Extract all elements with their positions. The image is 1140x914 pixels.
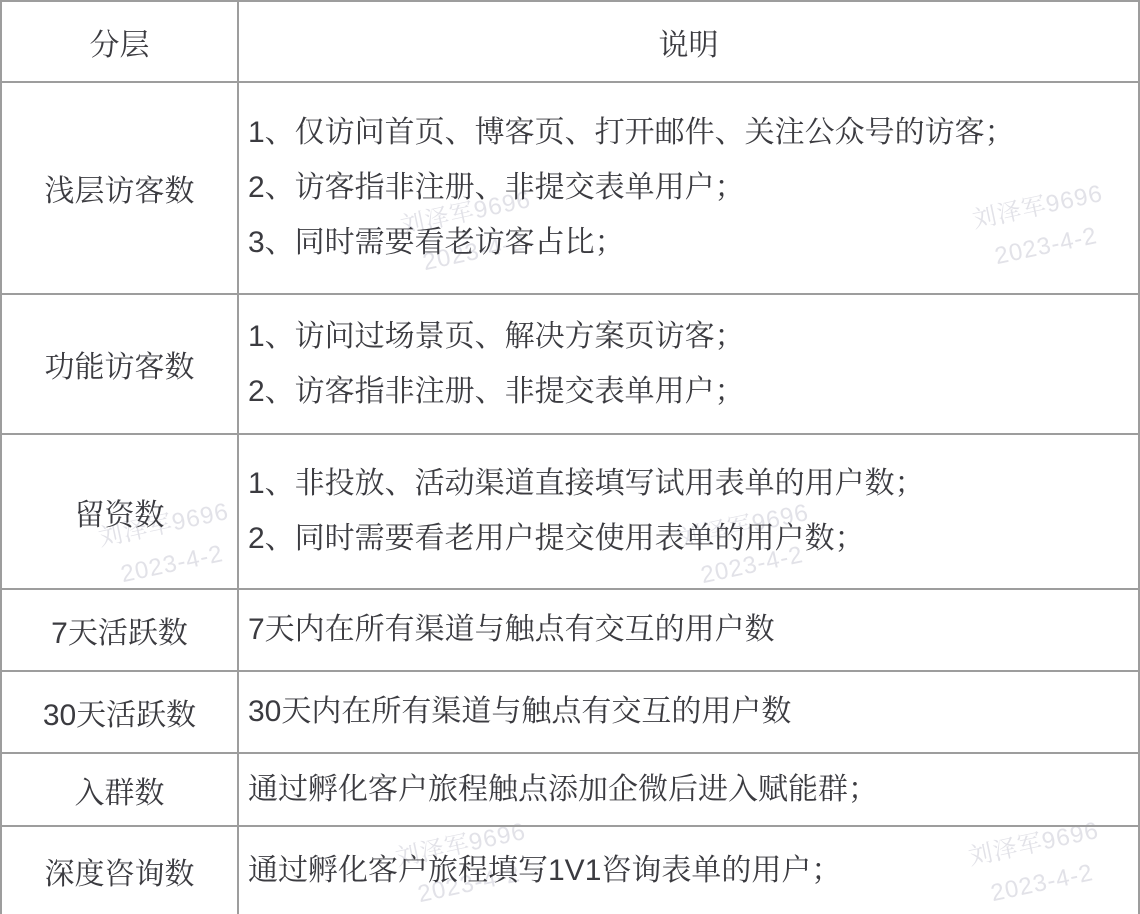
description-item: 1、非投放、活动渠道直接填写试用表单的用户数； [248,463,1126,505]
document-screen: 刘泽军9696 2023-4-2 刘泽军9696 2023-4-2 刘泽军969… [0,0,1140,914]
description-item: 2、访客指非注册、非提交表单用户； [248,371,1126,413]
description-cell: 7天内在所有渠道与触点有交互的用户数 [238,589,1139,671]
layer-cell: 7天活跃数 [1,589,238,671]
description-item: 1、仅访问首页、博客页、打开邮件、关注公众号的访客； [248,112,1126,154]
table-header-row: 分层 说明 [1,1,1139,82]
description-item: 2、访客指非注册、非提交表单用户； [248,167,1126,209]
table-row: 30天活跃数 30天内在所有渠道与触点有交互的用户数 [1,671,1139,753]
layer-cell: 功能访客数 [1,294,238,434]
description-cell: 通过孵化客户旅程填写1V1咨询表单的用户； [238,826,1139,914]
layer-definition-table: 分层 说明 浅层访客数 1、仅访问首页、博客页、打开邮件、关注公众号的访客； 2… [0,0,1140,914]
description-item: 3、同时需要看老访客占比； [248,222,1126,264]
description-item: 通过孵化客户旅程触点添加企微后进入赋能群； [248,769,1126,811]
description-item: 通过孵化客户旅程填写1V1咨询表单的用户； [248,850,1126,892]
description-item: 1、访问过场景页、解决方案页访客； [248,316,1126,358]
description-item: 2、同时需要看老用户提交使用表单的用户数； [248,518,1126,560]
description-cell: 1、非投放、活动渠道直接填写试用表单的用户数； 2、同时需要看老用户提交使用表单… [238,434,1139,589]
layer-cell: 30天活跃数 [1,671,238,753]
table-row: 深度咨询数 通过孵化客户旅程填写1V1咨询表单的用户； [1,826,1139,914]
table-row: 浅层访客数 1、仅访问首页、博客页、打开邮件、关注公众号的访客； 2、访客指非注… [1,82,1139,294]
description-item: 7天内在所有渠道与触点有交互的用户数 [248,609,1126,651]
description-item: 30天内在所有渠道与触点有交互的用户数 [248,691,1126,733]
description-cell: 1、仅访问首页、博客页、打开邮件、关注公众号的访客； 2、访客指非注册、非提交表… [238,82,1139,294]
layer-cell: 浅层访客数 [1,82,238,294]
table-row: 7天活跃数 7天内在所有渠道与触点有交互的用户数 [1,589,1139,671]
description-cell: 30天内在所有渠道与触点有交互的用户数 [238,671,1139,753]
column-header-desc: 说明 [238,1,1139,82]
description-cell: 1、访问过场景页、解决方案页访客； 2、访客指非注册、非提交表单用户； [238,294,1139,434]
description-cell: 通过孵化客户旅程触点添加企微后进入赋能群； [238,753,1139,826]
table-row: 入群数 通过孵化客户旅程触点添加企微后进入赋能群； [1,753,1139,826]
table-row: 功能访客数 1、访问过场景页、解决方案页访客； 2、访客指非注册、非提交表单用户… [1,294,1139,434]
table-row: 留资数 1、非投放、活动渠道直接填写试用表单的用户数； 2、同时需要看老用户提交… [1,434,1139,589]
layer-cell: 入群数 [1,753,238,826]
column-header-layer: 分层 [1,1,238,82]
layer-cell: 留资数 [1,434,238,589]
layer-cell: 深度咨询数 [1,826,238,914]
